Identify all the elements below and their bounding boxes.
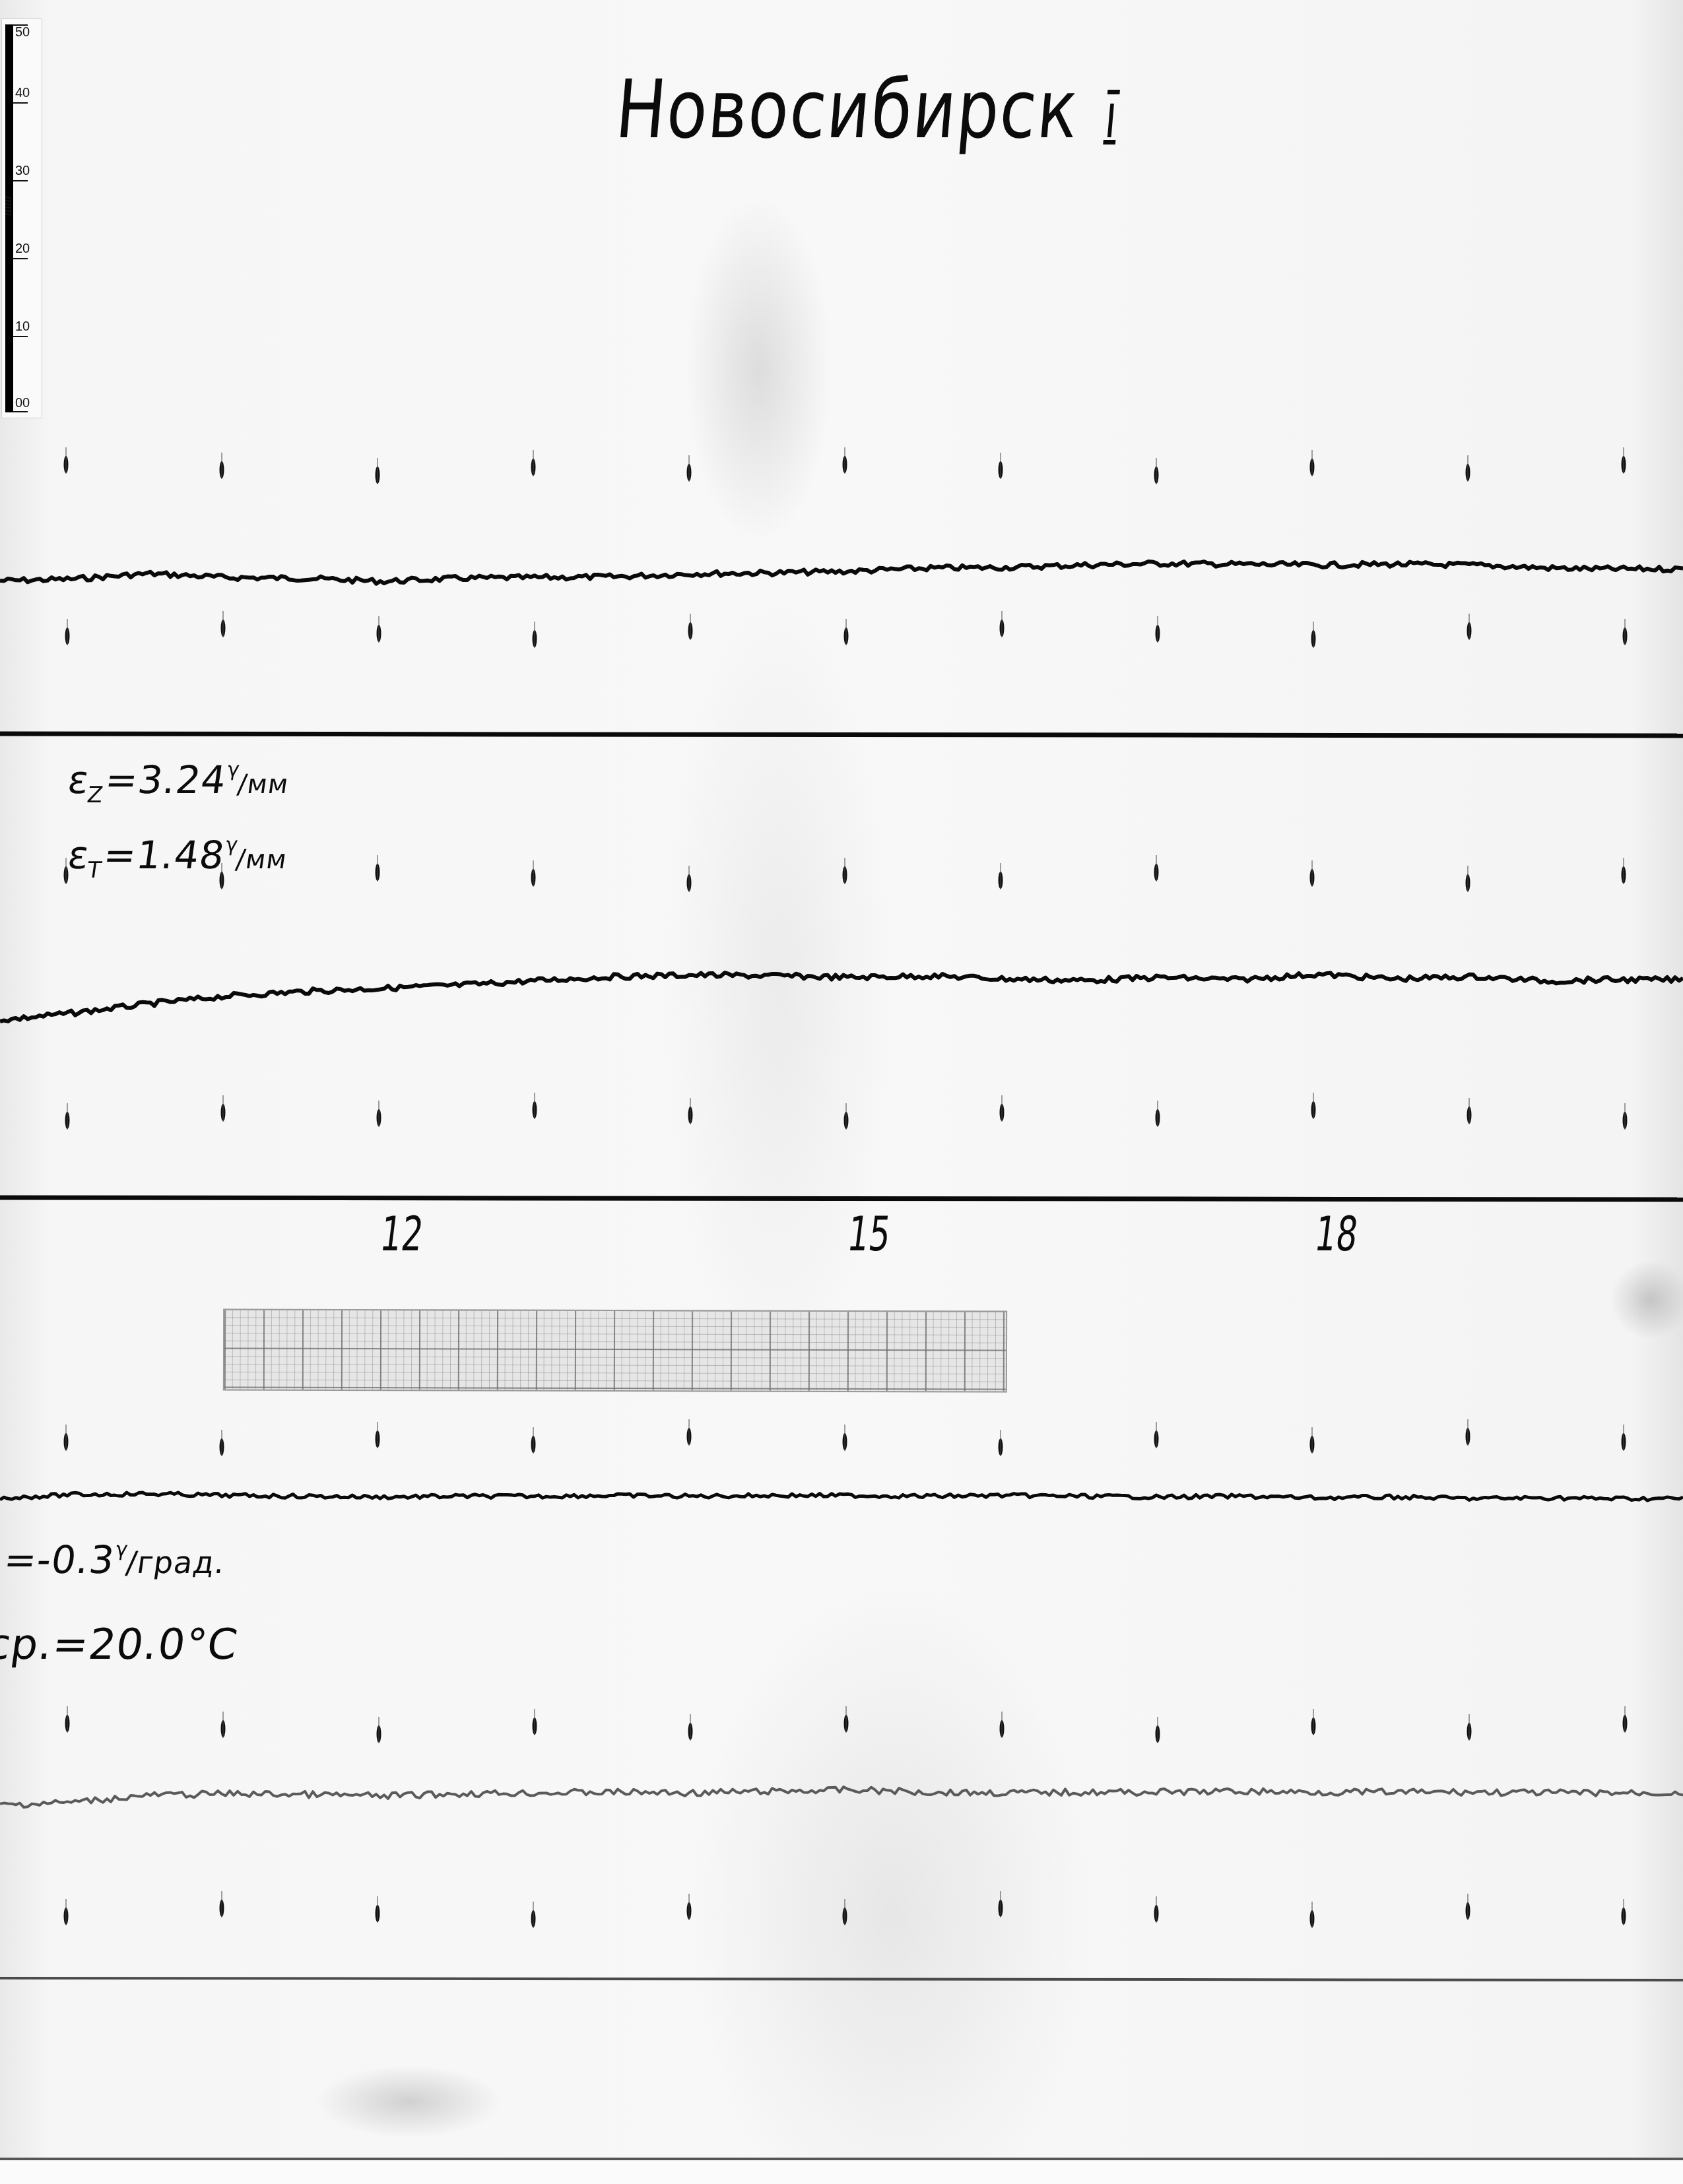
paper-bottom-edge	[0, 2158, 1683, 2184]
baseline	[0, 734, 1683, 736]
hour-label-18: 18	[1312, 1206, 1362, 1262]
k-unit: /град.	[124, 1545, 228, 1580]
hour-label-12: 12	[378, 1206, 427, 1262]
trace-3	[0, 1493, 1683, 1500]
epsilon-z-subscript: Z	[86, 782, 106, 808]
trace-2	[0, 973, 1683, 1021]
trace-1	[0, 562, 1683, 584]
epsilon-z-value: =3.24	[102, 757, 229, 802]
epsilon-t-unit: /мм	[234, 845, 289, 875]
baseline	[0, 1198, 1683, 1200]
epsilon-t-subscript: T	[86, 857, 104, 883]
epsilon-z-annotation: εZ=3.24γ/мм	[64, 757, 292, 808]
epsilon-t-annotation: εT=1.48γ/мм	[64, 833, 290, 883]
epsilon-z-unit: /мм	[236, 769, 290, 800]
trace-4	[0, 1787, 1683, 1807]
epsilon-t-value: =1.48	[101, 833, 228, 878]
average-temperature-annotation: ср.=20.0°C	[0, 1621, 241, 1669]
baseline	[0, 1978, 1683, 1980]
magnetogram-chart	[0, 0, 1683, 2184]
temperature-coefficient-annotation: .=-0.3γ/град.	[0, 1537, 228, 1582]
hour-label-15: 15	[845, 1206, 894, 1262]
k-value: .=-0.3	[0, 1537, 117, 1582]
